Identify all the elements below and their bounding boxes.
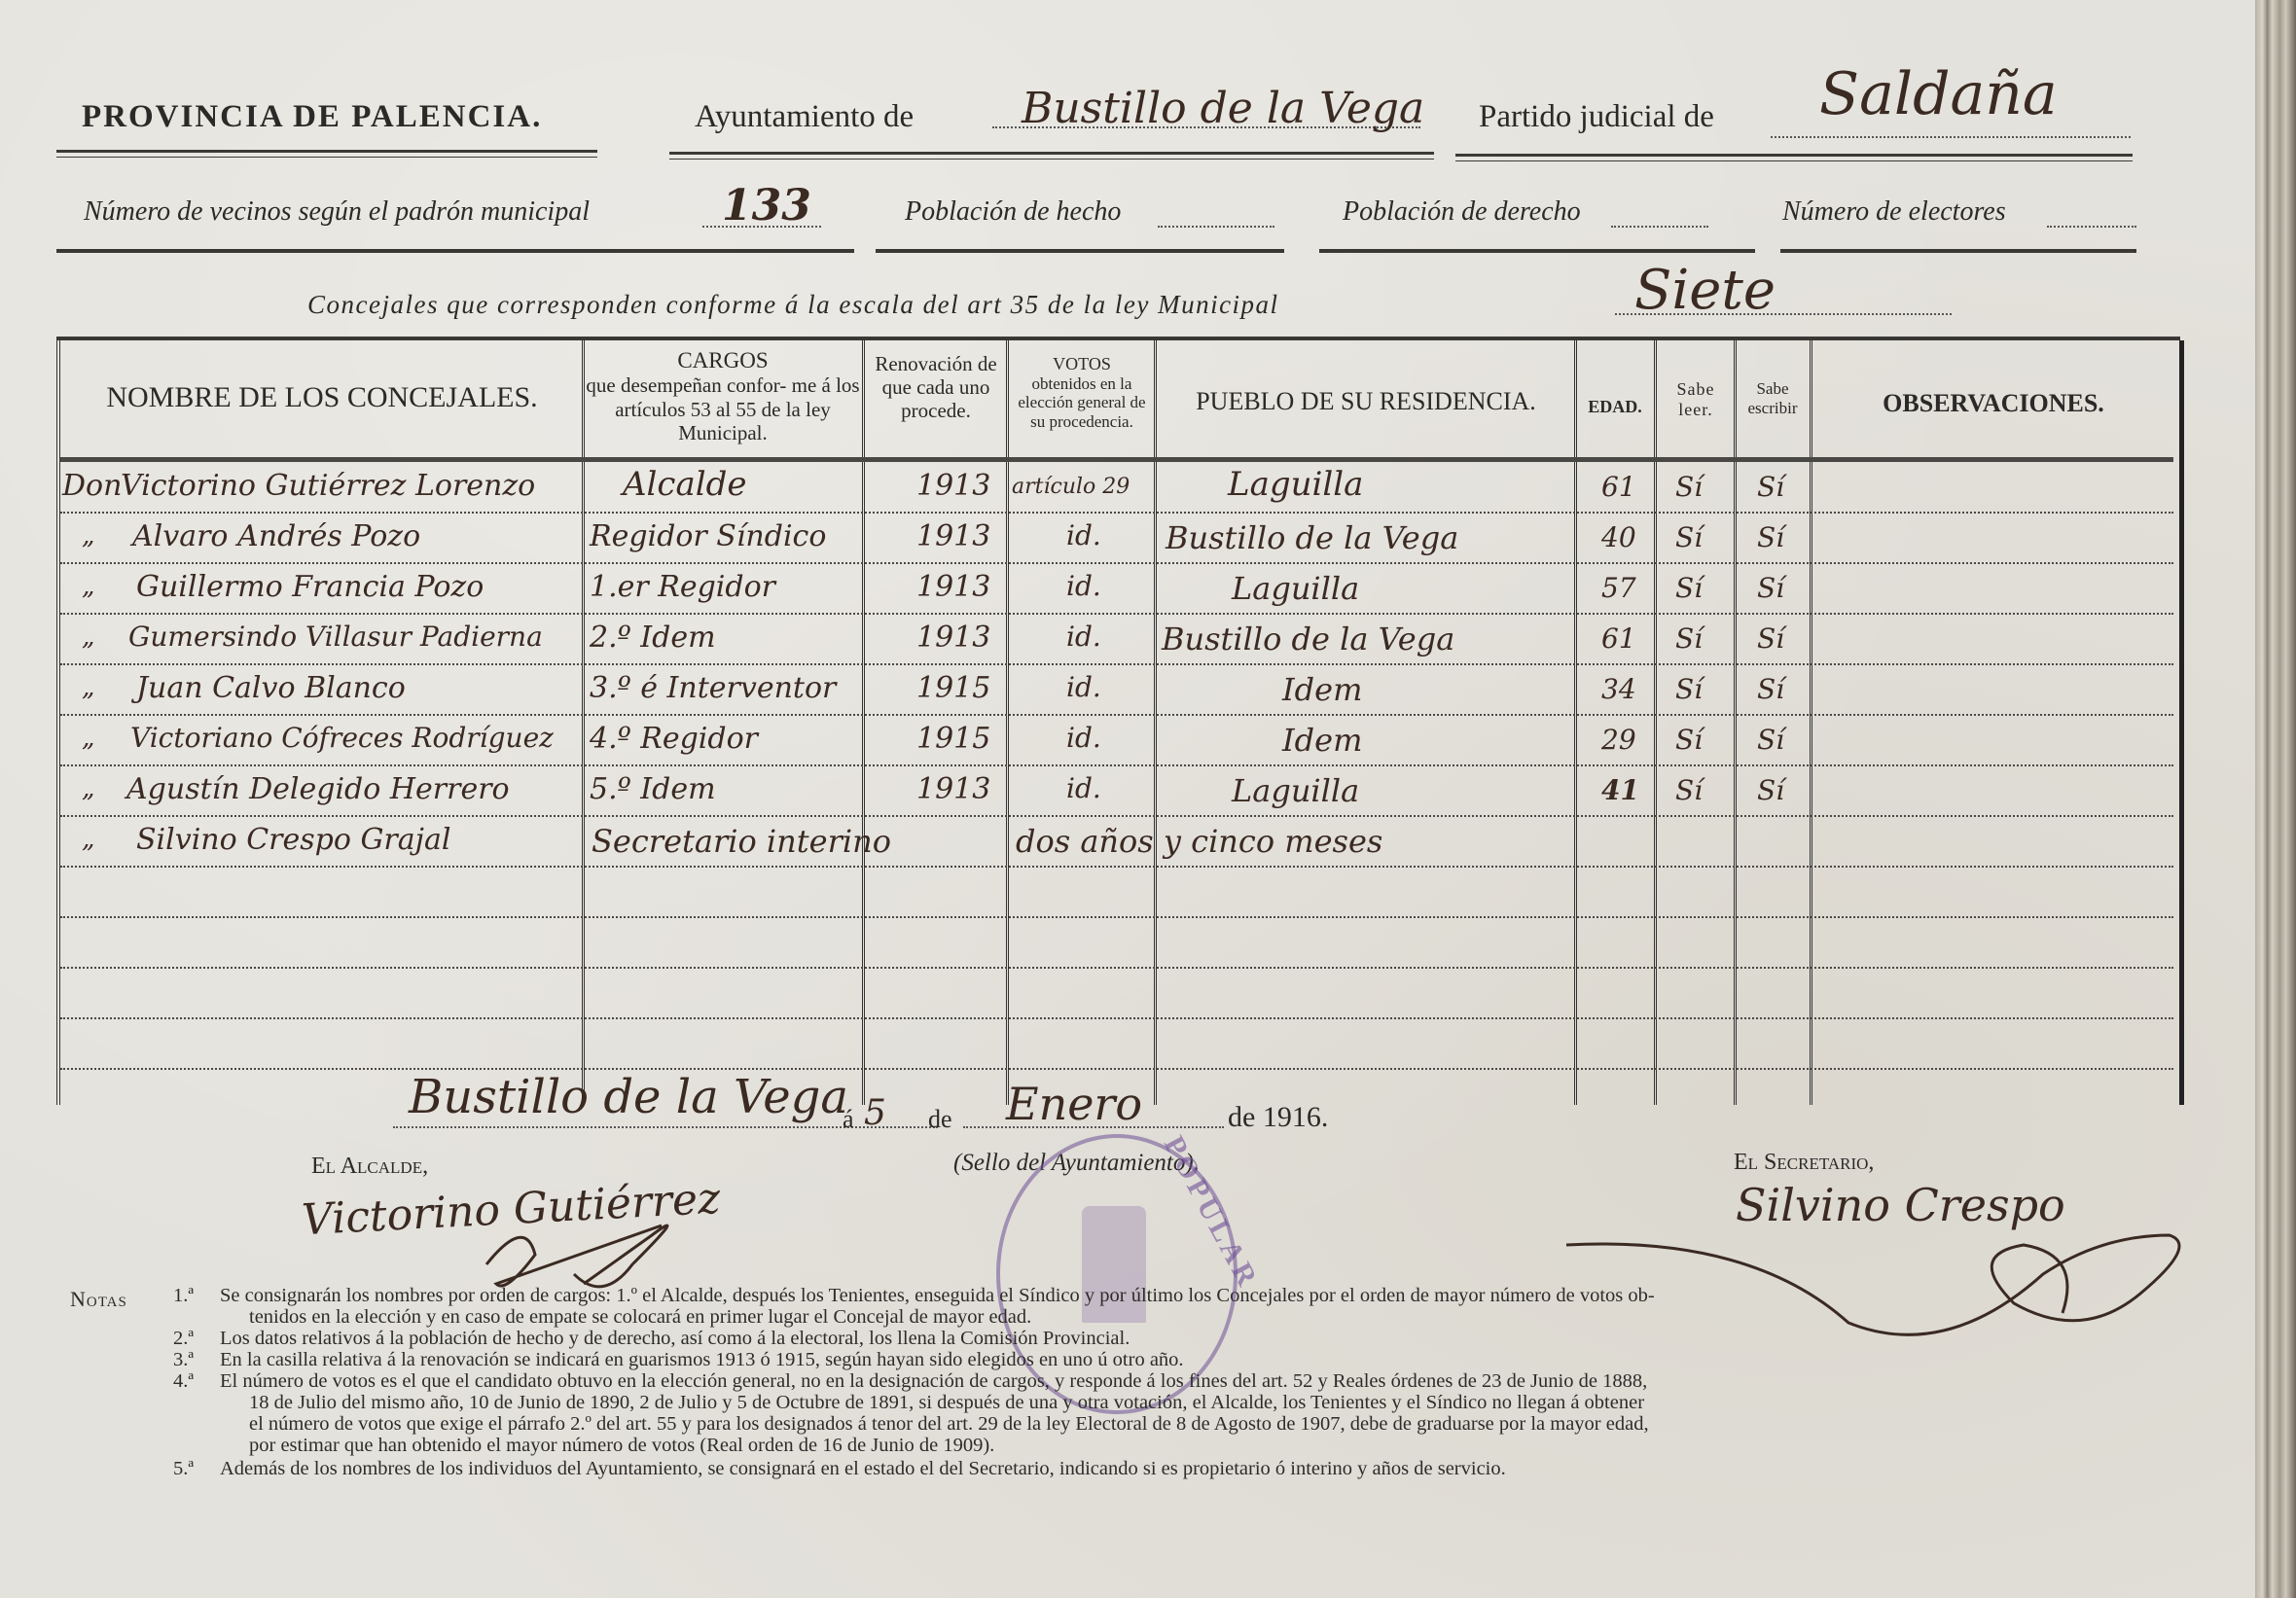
row-cargo: 4.º Regidor xyxy=(590,722,758,756)
row-sabe-leer: Sí xyxy=(1675,774,1703,806)
date-year: de 1916. xyxy=(1228,1101,1328,1134)
row-rule xyxy=(60,562,2173,564)
note-4-line-4: por estimar que han obtenido el mayor nú… xyxy=(249,1436,994,1455)
row-sabe-escribir: Sí xyxy=(1757,521,1784,553)
row-sabe-leer: Sí xyxy=(1675,572,1703,604)
header-rule-2 xyxy=(669,152,1434,155)
stamp-text: POPULAR xyxy=(1157,1131,1265,1296)
col-header-edad: EDAD. xyxy=(1578,397,1652,417)
concejales-value: Siete xyxy=(1634,259,1776,322)
col-header-nombre: NOMBRE DE LOS CONCEJALES. xyxy=(64,381,580,415)
note-4-num: 4.ª xyxy=(173,1371,194,1391)
stats-rule-1 xyxy=(56,249,854,253)
date-field-line xyxy=(393,1126,938,1128)
row-nombre: Alvaro Andrés Pozo xyxy=(132,519,420,553)
secretario-label: El Secretario, xyxy=(1734,1150,1874,1176)
row-prefix: „ xyxy=(82,622,94,652)
row-cargo: Alcalde xyxy=(623,465,747,504)
row-nombre: Victoriano Cófreces Rodríguez xyxy=(130,722,554,754)
row-votos: dos años y cinco meses xyxy=(1016,823,1382,860)
stats-rule-2 xyxy=(876,249,1284,253)
stats-rule-3 xyxy=(1319,249,1755,253)
book-page-edge xyxy=(2255,0,2296,1598)
row-renovacion: 1915 xyxy=(916,722,990,756)
col-divider xyxy=(862,340,865,1105)
header-bottom-rule xyxy=(60,457,2173,462)
electores-field xyxy=(2047,226,2136,228)
col-header-votos: VOTOS obtenidos en la elección general d… xyxy=(1012,354,1152,431)
row-prefix: „ xyxy=(82,724,94,753)
alcalde-label: El Alcalde, xyxy=(311,1154,428,1180)
row-pueblo: Bustillo de la Vega xyxy=(1162,621,1454,657)
note-3-num: 3.ª xyxy=(173,1350,194,1369)
date-de: de xyxy=(928,1105,952,1134)
row-pueblo: Bustillo de la Vega xyxy=(1166,519,1458,556)
col-header-votos-sub: obtenidos en la elección general de su p… xyxy=(1012,374,1152,432)
row-votos: id. xyxy=(1066,722,1101,754)
row-prefix: „ xyxy=(82,774,94,803)
col-header-votos-title: VOTOS xyxy=(1012,354,1152,374)
poblacion-derecho-label: Población de derecho xyxy=(1343,196,1581,228)
col-divider xyxy=(1574,340,1577,1105)
row-sabe-leer: Sí xyxy=(1675,673,1703,705)
row-sabe-escribir: Sí xyxy=(1757,572,1784,604)
row-sabe-leer: Sí xyxy=(1675,471,1703,503)
row-rule xyxy=(60,815,2173,817)
partido-label: Partido judicial de xyxy=(1479,99,1714,135)
secretario-rubric xyxy=(1557,1216,2199,1352)
col-divider xyxy=(1734,340,1737,1105)
partido-value: Saldaña xyxy=(1819,60,2058,128)
col-header-pueblo: PUEBLO DE SU RESIDENCIA. xyxy=(1160,387,1572,416)
note-5-line-1: Además de los nombres de los individuos … xyxy=(220,1459,1506,1478)
date-a: á xyxy=(843,1105,854,1134)
col-divider xyxy=(1006,340,1009,1105)
row-sabe-escribir: Sí xyxy=(1757,673,1784,705)
notes-title: Notas xyxy=(70,1290,127,1309)
col-header-cargos-title: CARGOS xyxy=(586,348,860,373)
row-rule xyxy=(60,764,2173,766)
col-header-sabe-leer: Sabe leer. xyxy=(1660,379,1732,419)
row-edad: 57 xyxy=(1601,572,1636,604)
note-4-line-3: el número de votos que exige el párrafo … xyxy=(249,1414,1649,1434)
poblacion-hecho-label: Población de hecho xyxy=(905,196,1121,228)
row-rule xyxy=(60,714,2173,716)
row-renovacion: 1915 xyxy=(916,671,990,705)
row-votos: id. xyxy=(1066,671,1101,703)
poblacion-derecho-field xyxy=(1611,226,1708,228)
row-prefix: „ xyxy=(82,572,94,601)
note-1-line-2: tenidos en la elección y en caso de empa… xyxy=(249,1307,1031,1327)
concejales-label: Concejales que corresponden conforme á l… xyxy=(307,290,1279,320)
col-header-cargos-sub: que desempeñan confor- me á los artículo… xyxy=(586,373,860,444)
col-divider xyxy=(582,340,585,1105)
row-pueblo: Idem xyxy=(1282,671,1362,708)
row-votos: id. xyxy=(1066,570,1101,602)
header-rule-3 xyxy=(1455,154,2133,157)
row-nombre: Agustín Delegido Herrero xyxy=(126,772,510,806)
row-nombre: Victorino Gutiérrez Lorenzo xyxy=(121,469,535,503)
row-rule xyxy=(60,1017,2173,1019)
row-edad: 29 xyxy=(1601,724,1636,756)
poblacion-hecho-field xyxy=(1158,226,1274,228)
col-header-renovacion: Renovación de que cada uno procede. xyxy=(868,352,1004,422)
col-divider xyxy=(1810,340,1812,1105)
row-rule xyxy=(60,613,2173,615)
row-prefix: Don xyxy=(62,469,122,503)
row-prefix: „ xyxy=(82,825,94,854)
row-rule xyxy=(60,512,2173,514)
row-nombre: Silvino Crespo Grajal xyxy=(136,823,450,857)
row-pueblo: Laguilla xyxy=(1232,772,1359,809)
row-renovacion: 1913 xyxy=(916,469,990,503)
row-prefix: „ xyxy=(82,673,94,702)
row-renovacion: 1913 xyxy=(916,519,990,553)
row-rule xyxy=(60,1068,2173,1070)
row-renovacion: 1913 xyxy=(916,621,990,655)
row-sabe-escribir: Sí xyxy=(1757,774,1784,806)
document-page: PROVINCIA DE PALENCIA. Ayuntamiento de B… xyxy=(0,0,2255,1598)
row-prefix: „ xyxy=(82,521,94,550)
row-cargo: 3.º é Interventor xyxy=(590,671,836,705)
date-place: Bustillo de la Vega xyxy=(409,1070,848,1124)
row-nombre: Juan Calvo Blanco xyxy=(136,671,406,705)
provincia-label: PROVINCIA DE PALENCIA. xyxy=(82,99,542,135)
row-rule xyxy=(60,866,2173,868)
row-rule xyxy=(60,967,2173,969)
note-2-line-1: Los datos relativos á la población de he… xyxy=(220,1329,1130,1348)
col-divider xyxy=(1654,340,1657,1105)
row-cargo: Secretario interino xyxy=(592,823,891,860)
row-renovacion: 1913 xyxy=(916,772,990,806)
row-pueblo: Laguilla xyxy=(1232,570,1359,607)
ayuntamiento-value: Bustillo de la Vega xyxy=(1022,84,1424,133)
note-4-line-2: 18 de Julio del mismo año, 10 de Junio d… xyxy=(249,1393,1644,1412)
vecinos-label: Número de vecinos según el padrón munici… xyxy=(84,196,590,228)
electores-label: Número de electores xyxy=(1782,196,2006,228)
row-nombre: Gumersindo Villasur Padierna xyxy=(128,621,543,653)
row-votos: artículo 29 xyxy=(1012,475,1130,499)
row-rule xyxy=(60,916,2173,918)
note-1-line-1: Se consignarán los nombres por orden de … xyxy=(220,1286,1655,1305)
date-day: 5 xyxy=(864,1093,886,1133)
row-cargo: Regidor Síndico xyxy=(590,519,826,553)
stats-rule-4 xyxy=(1780,249,2136,253)
col-divider xyxy=(1154,340,1157,1105)
note-5-num: 5.ª xyxy=(173,1459,194,1478)
row-edad: 61 xyxy=(1601,622,1636,655)
date-month: Enero xyxy=(1006,1078,1142,1130)
header-rule-1 xyxy=(56,150,597,153)
note-1-num: 1.ª xyxy=(173,1286,194,1305)
row-cargo: 1.er Regidor xyxy=(590,570,775,604)
vecinos-value: 133 xyxy=(722,181,811,231)
col-header-cargos: CARGOS que desempeñan confor- me á los a… xyxy=(586,348,860,444)
col-header-observaciones: OBSERVACIONES. xyxy=(1815,389,2171,418)
row-cargo: 2.º Idem xyxy=(590,621,716,655)
row-pueblo: Idem xyxy=(1282,722,1362,759)
row-edad: 40 xyxy=(1601,521,1636,553)
row-renovacion: 1913 xyxy=(916,570,990,604)
note-3-line-1: En la casilla relativa á la renovación s… xyxy=(220,1350,1184,1369)
row-cargo: 5.º Idem xyxy=(590,772,716,806)
row-votos: id. xyxy=(1066,772,1101,804)
row-sabe-leer: Sí xyxy=(1675,521,1703,553)
row-sabe-leer: Sí xyxy=(1675,622,1703,655)
row-votos: id. xyxy=(1066,519,1101,551)
row-sabe-escribir: Sí xyxy=(1757,622,1784,655)
note-4-line-1: El número de votos es el que el candidat… xyxy=(220,1371,1647,1391)
row-sabe-escribir: Sí xyxy=(1757,724,1784,756)
partido-field-line xyxy=(1771,136,2131,138)
row-sabe-escribir: Sí xyxy=(1757,471,1784,503)
row-sabe-leer: Sí xyxy=(1675,724,1703,756)
row-edad: 61 xyxy=(1601,471,1636,503)
row-edad: 41 xyxy=(1601,774,1639,806)
col-header-sabe-escribir: Sabe escribir xyxy=(1738,379,1808,417)
row-nombre: Guillermo Francia Pozo xyxy=(136,570,484,604)
row-votos: id. xyxy=(1066,621,1101,653)
ayuntamiento-label: Ayuntamiento de xyxy=(695,99,914,135)
note-2-num: 2.ª xyxy=(173,1329,194,1348)
row-edad: 34 xyxy=(1601,673,1636,705)
row-rule xyxy=(60,663,2173,665)
row-pueblo: Laguilla xyxy=(1228,465,1363,504)
